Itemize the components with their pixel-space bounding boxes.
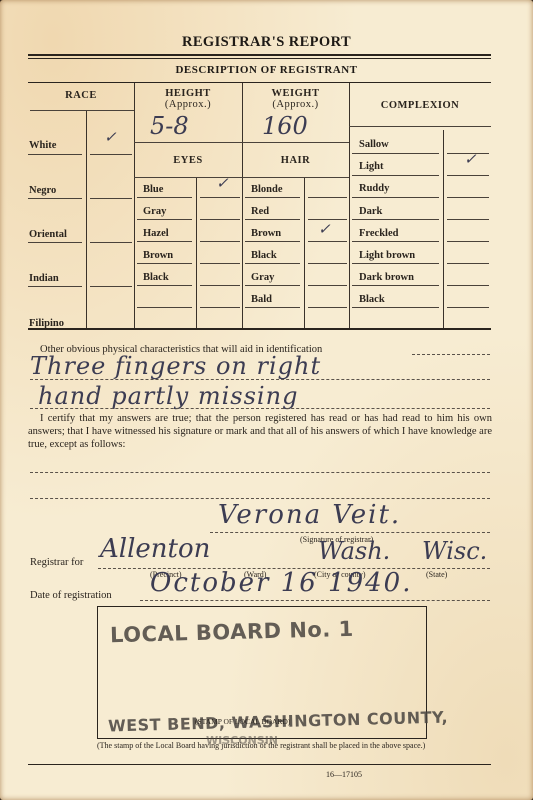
rule	[137, 219, 192, 220]
rule	[245, 219, 300, 220]
dotted-line	[30, 408, 490, 409]
stamp-caption: (STAMP OF LOCAL BOARD)	[195, 717, 290, 726]
race-check-mark[interactable]: ✓	[104, 128, 117, 147]
precinct-value[interactable]: Allenton	[100, 534, 210, 564]
weight-subheader: (Approx.)	[242, 99, 349, 110]
state-caption: (State)	[426, 570, 447, 579]
rule	[245, 307, 300, 308]
rule	[200, 241, 240, 242]
state-value[interactable]: Wisc.	[422, 537, 487, 565]
rule	[245, 285, 300, 286]
dotted-line	[30, 472, 490, 473]
rule	[447, 175, 489, 176]
stamp-note: (The stamp of the Local Board having jur…	[97, 741, 433, 751]
rule	[352, 285, 439, 286]
certification-text: I certify that my answers are true; that…	[28, 412, 492, 451]
dotted-line	[140, 600, 490, 601]
rule	[90, 198, 132, 199]
divider	[28, 82, 491, 83]
rule	[90, 154, 132, 155]
complexion-option-dark-brown: Dark brown	[359, 272, 414, 283]
divider	[28, 764, 491, 765]
hair-header: HAIR	[242, 155, 349, 166]
rule	[134, 177, 349, 178]
rule	[90, 242, 132, 243]
dotted-line	[30, 498, 490, 499]
height-subheader: (Approx.)	[134, 99, 242, 110]
column-divider	[242, 83, 243, 329]
registrar-report-card: REGISTRAR'S REPORT DESCRIPTION OF REGIST…	[0, 0, 533, 800]
rule	[308, 285, 347, 286]
eyes-header: EYES	[134, 155, 242, 166]
page-title: REGISTRAR'S REPORT	[0, 34, 533, 51]
rule	[245, 263, 300, 264]
rule	[447, 219, 489, 220]
table-bottom-rule	[28, 328, 491, 330]
rule	[200, 197, 240, 198]
section-title: DESCRIPTION OF REGISTRANT	[0, 64, 533, 76]
dotted-line	[30, 379, 490, 380]
rule	[28, 286, 82, 287]
rule	[200, 307, 240, 308]
rule	[137, 197, 192, 198]
rule	[352, 307, 439, 308]
complexion-header: COMPLEXION	[349, 100, 491, 111]
race-option-white: White	[29, 140, 56, 151]
column-divider	[196, 178, 197, 329]
registrar-signature[interactable]: Verona Veit.	[218, 500, 401, 530]
eyes-option-brown: Brown	[143, 250, 173, 261]
rule	[352, 263, 439, 264]
rule	[308, 263, 347, 264]
complexion-option-light: Light	[359, 161, 384, 172]
rule	[137, 263, 192, 264]
rule	[352, 241, 439, 242]
rule	[28, 242, 82, 243]
complexion-check-mark[interactable]: ✓	[464, 150, 477, 169]
rule	[200, 263, 240, 264]
county-value[interactable]: Wash.	[318, 537, 390, 565]
dotted-line	[412, 354, 490, 355]
hair-option-black: Black	[251, 250, 277, 261]
rule	[352, 219, 439, 220]
date-value[interactable]: October 16 1940.	[150, 568, 412, 598]
rule	[245, 241, 300, 242]
hair-option-red: Red	[251, 206, 269, 217]
weight-header: WEIGHT	[242, 88, 349, 99]
divider	[28, 58, 491, 59]
hair-option-bald: Bald	[251, 294, 272, 305]
eyes-check-mark[interactable]: ✓	[216, 174, 229, 193]
rule	[245, 197, 300, 198]
complexion-option-black: Black	[359, 294, 385, 305]
hair-check-mark[interactable]: ✓	[318, 220, 331, 239]
rule	[28, 198, 82, 199]
height-value: 5-8	[150, 112, 189, 140]
column-divider	[304, 178, 305, 329]
complexion-option-light-brown: Light brown	[359, 250, 415, 261]
weight-value: 160	[262, 112, 308, 140]
hair-option-gray: Gray	[251, 272, 274, 283]
complexion-option-freckled: Freckled	[359, 228, 398, 239]
race-option-indian: Indian	[29, 273, 59, 284]
rule	[200, 285, 240, 286]
form-number: 16—17105	[326, 770, 362, 779]
race-option-negro: Negro	[29, 185, 56, 196]
rule	[352, 197, 439, 198]
column-divider	[349, 83, 350, 329]
divider	[28, 54, 491, 56]
complexion-option-ruddy: Ruddy	[359, 183, 389, 194]
rule	[134, 142, 349, 143]
registrar-for-label: Registrar for	[30, 557, 83, 568]
rule	[200, 219, 240, 220]
race-header: RACE	[28, 90, 134, 101]
eyes-option-gray: Gray	[143, 206, 166, 217]
rule	[352, 153, 439, 154]
complexion-option-dark: Dark	[359, 206, 382, 217]
eyes-option-black: Black	[143, 272, 169, 283]
characteristics-line-1[interactable]: Three fingers on right	[30, 352, 321, 380]
column-divider	[86, 111, 87, 329]
rule	[308, 241, 347, 242]
dotted-line	[210, 532, 490, 533]
characteristics-line-2[interactable]: hand partly missing	[38, 382, 298, 410]
rule	[28, 154, 82, 155]
rule	[447, 307, 489, 308]
hair-option-brown: Brown	[251, 228, 281, 239]
rule	[90, 286, 132, 287]
rule	[137, 307, 192, 308]
column-divider	[443, 130, 444, 329]
rule	[349, 126, 491, 127]
rule	[352, 175, 439, 176]
column-divider	[134, 83, 135, 329]
rule	[137, 241, 192, 242]
height-header: HEIGHT	[134, 88, 242, 99]
eyes-option-blue: Blue	[143, 184, 163, 195]
rule	[308, 197, 347, 198]
race-option-oriental: Oriental	[29, 229, 67, 240]
rule	[447, 263, 489, 264]
date-label: Date of registration	[30, 590, 112, 601]
rule	[447, 285, 489, 286]
rule	[447, 241, 489, 242]
eyes-option-hazel: Hazel	[143, 228, 169, 239]
rule	[308, 307, 347, 308]
rule	[137, 285, 192, 286]
rule	[30, 110, 134, 111]
race-option-filipino: Filipino	[29, 318, 64, 329]
hair-option-blonde: Blonde	[251, 184, 283, 195]
rule	[447, 197, 489, 198]
complexion-option-sallow: Sallow	[359, 139, 389, 150]
